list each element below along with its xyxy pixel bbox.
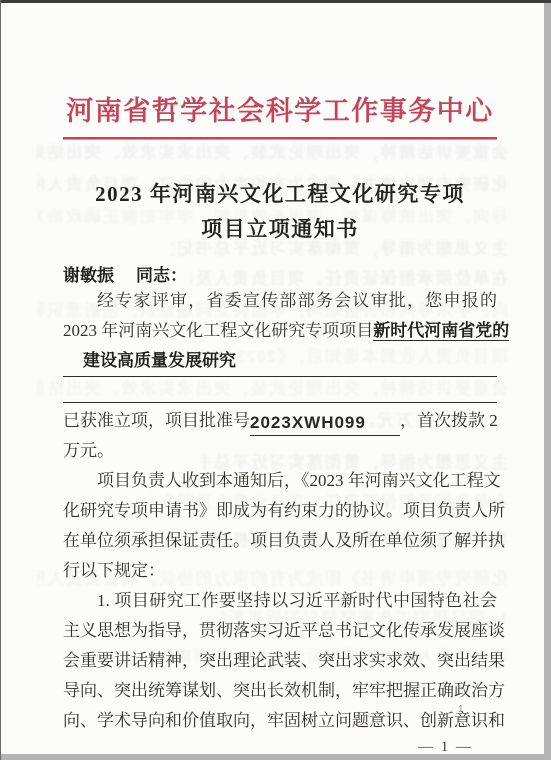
scan-left-edge (0, 0, 1, 760)
letterhead-rule (63, 137, 497, 140)
para3-line4: 行以下规定： (63, 556, 497, 586)
document-title: 2023 年河南兴文化工程文化研究专项 项目立项通知书 (63, 177, 497, 247)
salutation-suffix: 同志： (136, 266, 187, 285)
para4-line3: 会重要讲话精神，突出理论武装、突出求实求效、突出结果 (63, 646, 497, 676)
approval-number: 2023XWH099 (250, 411, 400, 436)
page-number: — 1 — (63, 739, 497, 754)
para2-line2: 万元。 (63, 436, 497, 466)
para4-line2: 主义思想为指导，贯彻落实习近平总书记文化传承发展座谈 (63, 616, 497, 646)
para3-line3: 在单位须承担保证责任。项目负责人及所在单位须了解并执 (63, 526, 497, 556)
scan-top-edge (0, 0, 551, 3)
para3-line2: 化研究专项申请书》即成为有约束力的协议。项目负责人所 (63, 496, 497, 526)
recipient-name: 谢敏振 (63, 266, 114, 285)
letterhead-org-name: 河南省哲学社会科学工作事务中心 (63, 89, 497, 128)
project-title-part2: 建设高质量发展研究 (63, 346, 497, 377)
para2-line1: 已获准立项，项目批准号2023XWH099，首次拨款 2 (63, 406, 497, 436)
project-title-part1: 新时代河南省党的 (373, 321, 509, 341)
para2-suffix: ，首次拨款 2 (400, 411, 498, 430)
salutation: 谢敏振同志： (63, 261, 497, 286)
para1-line1: 经专家评审，省委宣传部部务会议审批，您申报的 (63, 286, 497, 316)
document-title-line1: 2023 年河南兴文化工程文化研究专项 (63, 177, 497, 212)
para4-line1: 1. 项目研究工作要坚持以习近平新时代中国特色社会 (63, 586, 497, 616)
scanned-document: { "document": { "org_name": "河南省哲学社会科学工作… (0, 0, 551, 760)
para4-line4: 导向、突出统筹谋划、突出长效机制，牢牢把握正确政治方 (63, 676, 497, 706)
para1-line2: 2023 年河南兴文化工程文化研究专项项目新时代河南省党的 (63, 316, 497, 346)
document-page: 会重要讲话精神，突出理论武装、突出求实求效、突出结果 化研究专项申请书》即成为有… (1, 3, 544, 754)
page-content: 河南省哲学社会科学工作事务中心 2023 年河南兴文化工程文化研究专项 项目立项… (1, 89, 544, 754)
para4-line5: 向、学术导向和价值取向，牢固树立问题意识、创新意识和 (63, 706, 497, 736)
para2-prefix: 已获准立项，项目批准号 (63, 411, 250, 430)
para1-line2-text: 2023 年河南兴文化工程文化研究专项项目 (63, 321, 373, 340)
document-title-line2: 项目立项通知书 (63, 212, 497, 247)
blank-underline (63, 377, 497, 403)
para3-line1: 项目负责人收到本通知后，《2023 年河南兴文化工程文 (63, 466, 497, 496)
